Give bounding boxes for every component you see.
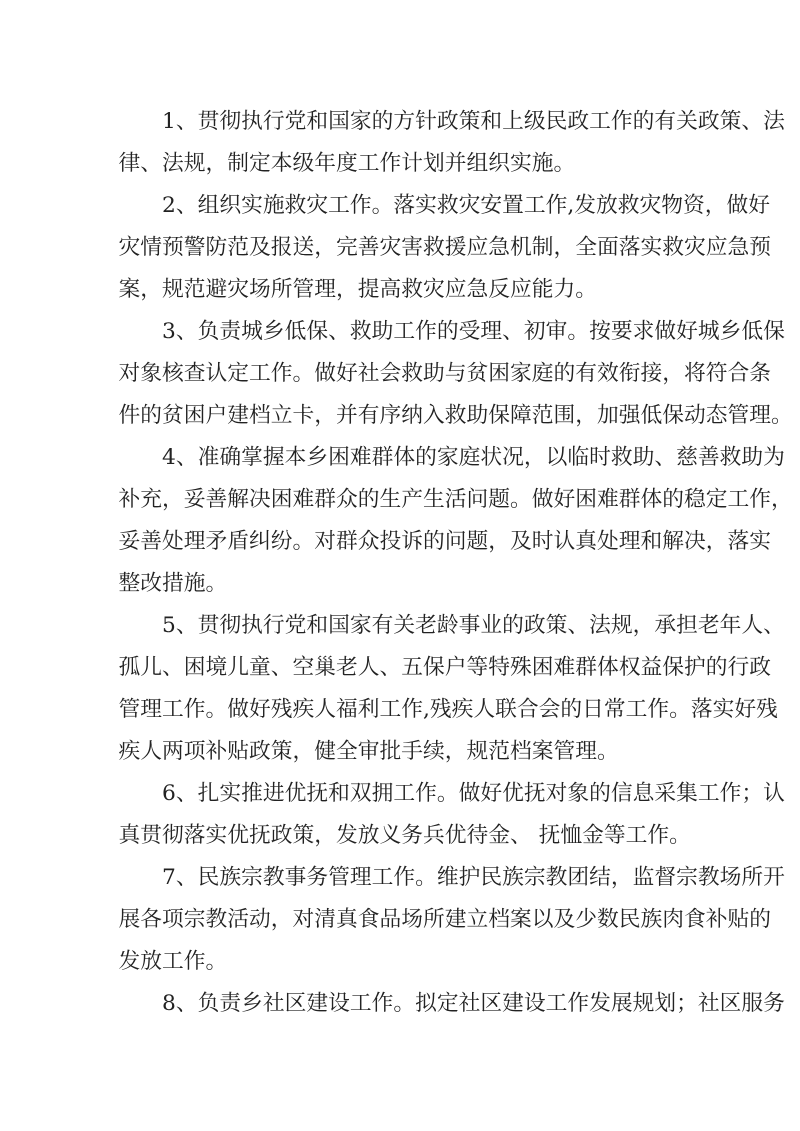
text-line: 妥善处理矛盾纠纷。对群众投诉的问题，及时认真处理和解决，落实 (75, 521, 728, 563)
paragraph-2: 2、组织实施救灾工作。落实救灾安置工作,发放救灾物资，做好 灾情预警防范及报送，… (75, 185, 728, 311)
text-line: 7、民族宗教事务管理工作。维护民族宗教团结，监督宗教场所开 (75, 857, 728, 899)
paragraph-8: 8、负责乡社区建设工作。拟定社区建设工作发展规划；社区服务 (75, 983, 728, 1025)
paragraph-6: 6、扎实推进优抚和双拥工作。做好优抚对象的信息采集工作；认 真贯彻落实优抚政策，… (75, 773, 728, 857)
text-line: 管理工作。做好残疾人福利工作,残疾人联合会的日常工作。落实好残 (75, 689, 728, 731)
document-page: 1、贯彻执行党和国家的方针政策和上级民政工作的有关政策、法 律、法规，制定本级年… (75, 101, 728, 1025)
text-line: 补充，妥善解决困难群众的生产生活问题。做好困难群体的稳定工作， (75, 479, 728, 521)
text-line: 5、贯彻执行党和国家有关老龄事业的政策、法规，承担老年人、 (75, 605, 728, 647)
text-line: 案，规范避灾场所管理，提高救灾应急反应能力。 (75, 269, 728, 311)
paragraph-7: 7、民族宗教事务管理工作。维护民族宗教团结，监督宗教场所开 展各项宗教活动，对清… (75, 857, 728, 983)
text-line: 发放工作。 (75, 941, 728, 983)
paragraph-4: 4、准确掌握本乡困难群体的家庭状况，以临时救助、慈善救助为 补充，妥善解决困难群… (75, 437, 728, 605)
text-line: 展各项宗教活动，对清真食品场所建立档案以及少数民族肉食补贴的 (75, 899, 728, 941)
text-line: 3、负责城乡低保、救助工作的受理、初审。按要求做好城乡低保 (75, 311, 728, 353)
text-line: 整改措施。 (75, 563, 728, 605)
text-line: 2、组织实施救灾工作。落实救灾安置工作,发放救灾物资，做好 (75, 185, 728, 227)
paragraph-5: 5、贯彻执行党和国家有关老龄事业的政策、法规，承担老年人、 孤儿、困境儿童、空巢… (75, 605, 728, 773)
paragraph-1: 1、贯彻执行党和国家的方针政策和上级民政工作的有关政策、法 律、法规，制定本级年… (75, 101, 728, 185)
text-line: 件的贫困户建档立卡，并有序纳入救助保障范围，加强低保动态管理。 (75, 395, 728, 437)
text-line: 4、准确掌握本乡困难群体的家庭状况，以临时救助、慈善救助为 (75, 437, 728, 479)
text-line: 律、法规，制定本级年度工作计划并组织实施。 (75, 143, 728, 185)
text-line: 8、负责乡社区建设工作。拟定社区建设工作发展规划；社区服务 (75, 983, 728, 1025)
text-line: 1、贯彻执行党和国家的方针政策和上级民政工作的有关政策、法 (75, 101, 728, 143)
text-line: 对象核查认定工作。做好社会救助与贫困家庭的有效衔接，将符合条 (75, 353, 728, 395)
text-line: 疾人两项补贴政策，健全审批手续，规范档案管理。 (75, 731, 728, 773)
text-line: 6、扎实推进优抚和双拥工作。做好优抚对象的信息采集工作；认 (75, 773, 728, 815)
paragraph-3: 3、负责城乡低保、救助工作的受理、初审。按要求做好城乡低保 对象核查认定工作。做… (75, 311, 728, 437)
text-line: 孤儿、困境儿童、空巢老人、五保户等特殊困难群体权益保护的行政 (75, 647, 728, 689)
text-line: 真贯彻落实优抚政策，发放义务兵优待金、 抚恤金等工作。 (75, 815, 728, 857)
text-line: 灾情预警防范及报送，完善灾害救援应急机制，全面落实救灾应急预 (75, 227, 728, 269)
